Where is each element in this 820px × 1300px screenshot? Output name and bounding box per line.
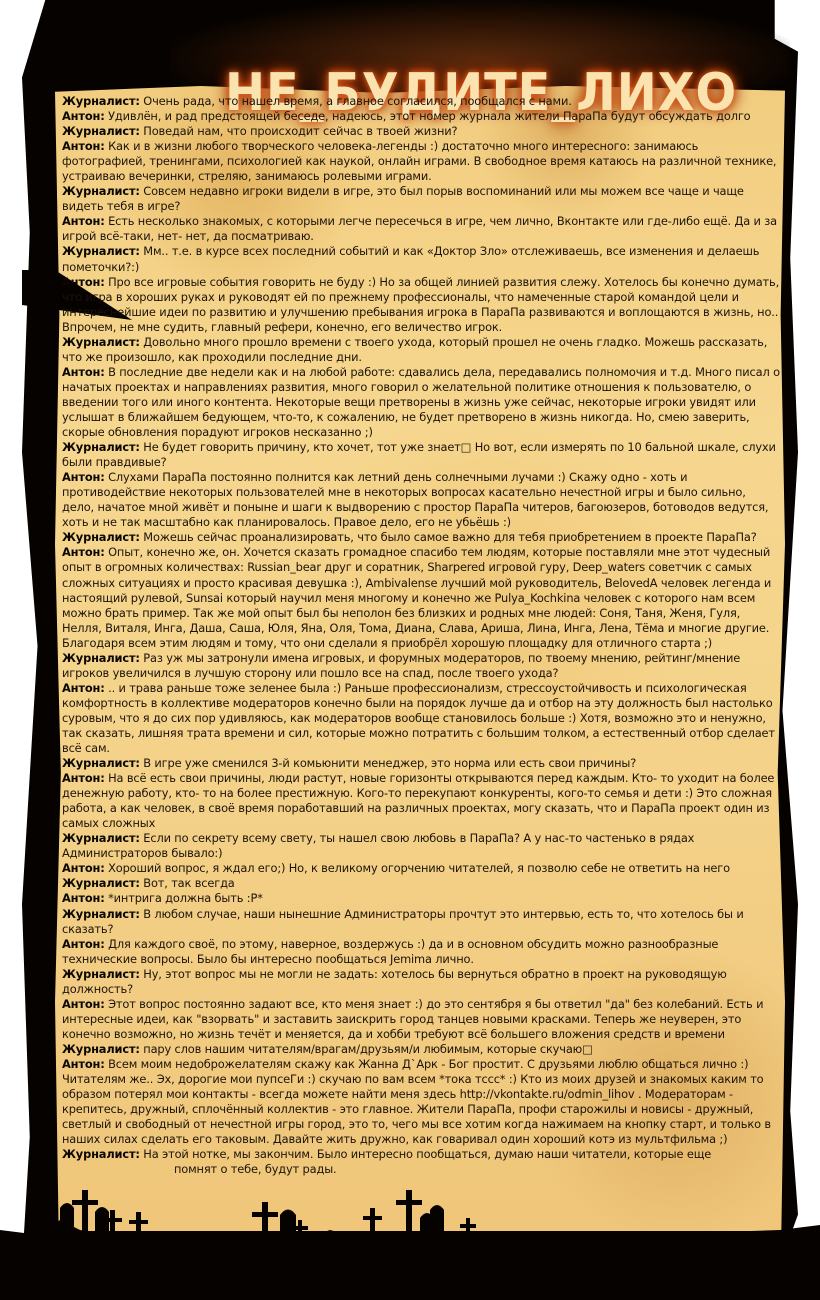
- anton-line: Антон: Всем моим недоброжелателям скажу …: [62, 1057, 780, 1147]
- anton-line: Антон: На всё есть свои причины, люди ра…: [62, 771, 780, 831]
- line-text: Есть несколько знакомых, с которыми легч…: [62, 214, 777, 243]
- line-text: пару слов нашим читателям/врагам/друзьям…: [140, 1042, 593, 1056]
- anton-line: Антон: Удивлён, и рад предстоящей беседе…: [62, 109, 780, 124]
- speaker-label: Журналист:: [62, 1147, 140, 1161]
- line-text: Этот вопрос постоянно задают все, кто ме…: [62, 997, 763, 1041]
- anton-line: Антон: *интрига должна быть :P*: [62, 891, 780, 906]
- anton-line: Антон: Для каждого своё, по этому, навер…: [62, 937, 780, 967]
- speaker-label: Антон:: [62, 214, 105, 228]
- speaker-label: Журналист:: [62, 94, 140, 108]
- line-text: В игре уже сменился 3-й комьюнити менедж…: [140, 756, 636, 770]
- journalist-line: Журналист: Очень рада, что нашел время, …: [62, 94, 780, 109]
- line-text: Опыт, конечно же, он. Хочется сказать гр…: [62, 545, 771, 649]
- line-text: Ну, этот вопрос мы не могли не задать: х…: [62, 967, 727, 996]
- anton-line: Антон: Этот вопрос постоянно задают все,…: [62, 997, 780, 1042]
- speaker-label: Журналист:: [62, 907, 140, 921]
- speaker-label: Журналист:: [62, 335, 140, 349]
- speaker-label: Журналист:: [62, 876, 140, 890]
- line-text: Про все игровые события говорить не буду…: [62, 275, 779, 334]
- anton-line: Антон: Опыт, конечно же, он. Хочется ска…: [62, 545, 780, 650]
- speaker-label: Антон:: [62, 997, 105, 1011]
- speaker-label: Антон:: [62, 937, 105, 951]
- speaker-label: Журналист:: [62, 440, 140, 454]
- line-text: Вот, так всегда: [140, 876, 235, 890]
- line-text: В последние две недели как и на любой ра…: [62, 365, 780, 439]
- speaker-label: Антон:: [62, 771, 105, 785]
- speaker-label: Журналист:: [62, 831, 140, 845]
- speaker-label: Антон:: [62, 275, 105, 289]
- journalist-line: Журналист: Раз уж мы затронули имена игр…: [62, 651, 780, 681]
- journalist-line: Журналист: Можешь сейчас проанализироват…: [62, 530, 780, 545]
- line-text: Слухами ПараПа постоянно полнится как ле…: [62, 470, 768, 529]
- line-text: В любом случае, наши нынешние Администра…: [62, 907, 744, 936]
- speaker-label: Антон:: [62, 861, 105, 875]
- line-text: Удивлён, и рад предстоящей беседе, надею…: [105, 109, 751, 123]
- line-text: На всё есть свои причины, люди растут, н…: [62, 771, 774, 830]
- line-text: *интрига должна быть :P*: [105, 891, 263, 905]
- anton-line: Антон: Есть несколько знакомых, с которы…: [62, 214, 780, 244]
- speaker-label: Антон:: [62, 470, 105, 484]
- journalist-line: Журналист: Если по секрету всему свету, …: [62, 831, 780, 861]
- line-text: Раз уж мы затронули имена игровых, и фор…: [62, 651, 740, 680]
- journalist-line: Журналист: Довольно много прошло времени…: [62, 335, 780, 365]
- speaker-label: Журналист:: [62, 1042, 140, 1056]
- speaker-label: Журналист:: [62, 651, 140, 665]
- anton-line: Антон: Слухами ПараПа постоянно полнится…: [62, 470, 780, 530]
- journalist-line: Журналист: Ну, этот вопрос мы не могли н…: [62, 967, 780, 997]
- journalist-line: Журналист: пару слов нашим читателям/вра…: [62, 1042, 780, 1057]
- speaker-label: Антон:: [62, 891, 105, 905]
- line-text: Поведай нам, что происходит сейчас в тво…: [140, 124, 458, 138]
- line-text: Как и в жизни любого творческого человек…: [62, 139, 776, 183]
- journalist-line: Журналист: На этой нотке, мы закончим. Б…: [62, 1147, 780, 1177]
- journalist-line: Журналист: В игре уже сменился 3-й комью…: [62, 756, 780, 771]
- speaker-label: Журналист:: [62, 184, 140, 198]
- anton-line: Антон: Хороший вопрос, я ждал его;) Но, …: [62, 861, 780, 876]
- speaker-label: Антон:: [62, 365, 105, 379]
- line-text: Мм.. т.е. в курсе всех последний событий…: [62, 244, 759, 273]
- line-text: Можешь сейчас проанализировать, что было…: [140, 530, 757, 544]
- speaker-label: Журналист:: [62, 244, 140, 258]
- journalist-line: Журналист: В любом случае, наши нынешние…: [62, 907, 780, 937]
- speaker-label: Антон:: [62, 545, 105, 559]
- speaker-label: Журналист:: [62, 967, 140, 981]
- line-text: Довольно много прошло времени с твоего у…: [62, 335, 767, 364]
- line-text: Не будет говорить причину, кто хочет, то…: [62, 440, 776, 469]
- speaker-label: Антон:: [62, 681, 105, 695]
- line-text: Если по секрету всему свету, ты нашел св…: [62, 831, 694, 860]
- line-text: Для каждого своё, по этому, наверное, во…: [62, 937, 718, 966]
- anton-line: Антон: .. и трава раньше тоже зеленее бы…: [62, 681, 780, 756]
- speaker-label: Антон:: [62, 139, 105, 153]
- speaker-label: Журналист:: [62, 530, 140, 544]
- speaker-label: Антон:: [62, 109, 105, 123]
- anton-line: Антон: Про все игровые события говорить …: [62, 275, 780, 335]
- journalist-line: Журналист: Совсем недавно игроки видели …: [62, 184, 780, 214]
- journalist-line: Журналист: Не будет говорить причину, кт…: [62, 440, 780, 470]
- graveyard-silhouette-icon: [0, 1190, 820, 1300]
- speaker-label: Журналист:: [62, 124, 140, 138]
- line-text: Хороший вопрос, я ждал его;) Но, к велик…: [105, 861, 730, 875]
- line-text: .. и трава раньше тоже зеленее была :) Р…: [62, 681, 775, 755]
- line-text: Совсем недавно игроки видели в игре, это…: [62, 184, 744, 213]
- speaker-label: Антон:: [62, 1057, 105, 1071]
- anton-line: Антон: Как и в жизни любого творческого …: [62, 139, 780, 184]
- journalist-line: Журналист: Вот, так всегда: [62, 876, 780, 891]
- interview-text: Журналист: Очень рада, что нашел время, …: [62, 94, 780, 1177]
- line-text: На этой нотке, мы закончим. Было интерес…: [140, 1147, 711, 1161]
- anton-line: Антон: В последние две недели как и на л…: [62, 365, 780, 440]
- line-text: Очень рада, что нашел время, а главное с…: [140, 94, 572, 108]
- line-continuation: помнят о тебе, будут рады.: [62, 1162, 780, 1177]
- journalist-line: Журналист: Мм.. т.е. в курсе всех послед…: [62, 244, 780, 274]
- line-text: Всем моим недоброжелателям скажу как Жан…: [62, 1057, 771, 1146]
- speaker-label: Журналист:: [62, 756, 140, 770]
- journalist-line: Журналист: Поведай нам, что происходит с…: [62, 124, 780, 139]
